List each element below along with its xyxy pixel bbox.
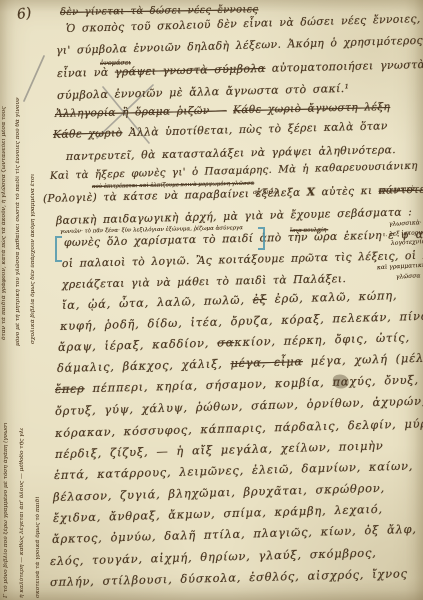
manuscript-line: ἄραψ, ἱέραξ, καδδίον, σακκίον, πέρκη, ὄφ… xyxy=(58,332,410,353)
text-segment: σπλήν, στίλβουσι, δύσκολα, ἐσθλός, αἰσχρ… xyxy=(50,566,408,589)
text-segment: ἔχιδνα, ἄνθραξ, ἄκμων, σπίμα, κράμβη, λε… xyxy=(53,502,383,525)
interline-insert: ὀνομάσει xyxy=(100,59,131,66)
struck-text: Κάθε χωριὸ xyxy=(53,126,123,141)
left-margin-note: ὅταν τὰ παιδιὰ γράφουν, κατὰ πὼς τὰ ἀκοῦ… xyxy=(1,95,8,340)
manuscript-line: κυφή, ῥοδῆ, δίδω, ἰτέα, ὄρυζα, κόραξ, πε… xyxy=(60,310,423,332)
manuscript-line: παντρευτεῖ, θὰ κατασταλάξει νὰ γράψει ἀλ… xyxy=(66,145,396,163)
manuscript-line: ὄρτυξ, γύψ, χάλυψ, ῥώθων, σάπων, ὀρνίθων… xyxy=(55,396,423,418)
manuscript-line: ἑπτά, κατάρρους, λειμῶνες, ἐλειῶ, δαμνίω… xyxy=(54,461,414,482)
text-segment: αὐτὲς κι xyxy=(315,185,379,199)
right-margin-note: γλῶσσα xyxy=(396,273,421,281)
text-segment: παντρευτεῖ, θὰ κατασταλάξει νὰ γράψει ἀλ… xyxy=(66,143,396,163)
text-segment: κόρακαν, κόσσυφος, κάππαρις, πάρδαλις, δ… xyxy=(55,416,423,440)
left-margin-note: σκοτεινὰ τὰ γροικᾶ ὅμως τὸ παιδὶ xyxy=(35,468,42,598)
text-segment: ἄραψ, ἱέραξ, καδδίον, xyxy=(58,336,218,354)
text-segment: ὄρτυξ, γύψ, χάλυψ, ῥώθων, σάπων, ὀρνίθων… xyxy=(55,394,423,418)
manuscript-line: δὲν γίνεται τὰ δώσει νέες ἔννοιες xyxy=(60,5,259,18)
text-segment: χύς, ὄνυξ, xyxy=(349,372,419,388)
text-segment: γι' σύμβολα ἐννοιῶν δηλαδὴ λέξεων. Ἀκόμη… xyxy=(56,32,423,57)
left-margin-note: Γ τὸ μόνο βιβλίο ποὺ ξέρω γραμμένο μὲ τό… xyxy=(3,423,10,598)
left-margin-note: ἡ καλύτερη — καθὼς λέγεται ἀπ' ὅλους — μ… xyxy=(19,428,26,598)
right-margin-note: λογοτεχνία xyxy=(391,239,423,248)
text-segment: κκίον, πέρκη, ὄφις, ὠτίς, xyxy=(234,330,410,349)
manuscript-line: οἱ παλαιοὶ τὸ λογιῶ. Ἂς κοιτάξουμε πρῶτα… xyxy=(62,250,423,270)
text-segment: χρειάζεται γιὰ νὰ μάθει τὸ παιδὶ τὰ Παλά… xyxy=(62,272,346,291)
struck-text: δὲν γίνεται τὰ δώσει νέες ἔννοιες xyxy=(60,4,259,18)
manuscript-line: ἔχιδνα, ἄνθραξ, ἄκμων, σπίμα, κράμβη, λε… xyxy=(53,504,383,525)
manuscript-line: χρειάζεται γιὰ νὰ μάθει τὸ παιδὶ τὰ Παλά… xyxy=(62,274,346,291)
text-segment: σύμβολα ἐννοιῶν μὲ ἄλλα ἄγνωστα στὸ σακί… xyxy=(57,82,350,102)
manuscript-line: γι' σύμβολα ἐννοιῶν δηλαδὴ λέξεων. Ἀκόμη… xyxy=(56,34,423,57)
struck-text: Κάθε χωριὸ ἄγνωστη λέξη xyxy=(233,101,390,116)
text-segment: αὐτοματοποιήσει γνωστὰ xyxy=(265,58,423,75)
manuscript-line: βέλασον, ζυγιά, βληχῶμαι, βρυχᾶται, σκρώ… xyxy=(53,483,385,504)
text-segment: βασικὴ παιδαγωγικὴ ἀρχή, μὰ γιὰ νὰ ἔχουμ… xyxy=(56,205,413,227)
text-segment: δάμαλις, βάκχος, χάλιξ, xyxy=(57,356,231,375)
manuscript-line: ἄρκτος, ὀμνύω, δαλῆ πτίλα, πλαγιῶς, κίων… xyxy=(52,524,417,546)
left-margin-note: σχολικὰ βιβλία ὅμως δὲν ὑπάρχουν ἀκόμη γ… xyxy=(30,174,37,344)
text-segment: βέλασον, ζυγιά, βληχῶμαι, βρυχᾶται, σκρώ… xyxy=(53,481,385,504)
manuscript-line: κόρακαν, κόσσυφος, κάππαρις, πάρδαλις, δ… xyxy=(55,418,423,440)
text-segment: ἑπτά, κατάρρους, λειμῶνες, ἐλειῶ, δαμνίω… xyxy=(54,459,414,482)
text-segment: ελός, τουγάν, αἰχμή, θηρίων, γλαύξ, σκόμ… xyxy=(50,545,377,568)
text-segment: πα xyxy=(332,374,349,388)
manuscript-line: δάμαλις, βάκχος, χάλιξ, μέγα, εἶμα μέγα,… xyxy=(57,352,423,374)
page-number: 6) xyxy=(16,5,32,23)
interline-insert: ἴσια πουλαίη· xyxy=(290,228,328,234)
text-segment: ἴα, ᾠά, ὦτα, λαλῶ, πωλῶ, xyxy=(62,292,253,312)
pencil-slash-mark xyxy=(24,56,44,101)
blue-open-bracket xyxy=(55,236,62,262)
manuscript-line: ελός, τουγάν, αἰχμή, θηρίων, γλαύξ, σκόμ… xyxy=(50,547,377,567)
manuscript-line: βασικὴ παιδαγωγικὴ ἀρχή, μὰ γιὰ νὰ ἔχουμ… xyxy=(56,207,412,226)
struck-text: ἐξ xyxy=(253,292,267,306)
struck-text: σα xyxy=(217,335,234,349)
manuscript-line: ἔπερ πέππερι, κηρία, σήσαμον, κομβία, πα… xyxy=(55,374,419,395)
manuscript-line: ἴα, ᾠά, ὦτα, λαλῶ, πωλῶ, ἐξ ἐρῶ, καλῶ, κ… xyxy=(62,290,398,311)
blue-close-bracket xyxy=(258,227,265,250)
struck-text: Ἀλληγορία ἢ ὅραμα ῥιζῶν — xyxy=(55,104,227,120)
manuscript-line: σπλήν, στίλβουσι, δύσκολα, ἐσθλός, αἰσχρ… xyxy=(50,568,408,588)
struck-text: ἔπερ xyxy=(55,381,85,396)
text-segment: ἐρῶ, καλῶ, κώπη, xyxy=(267,288,398,306)
text-segment: κυφή, ῥοδῆ, δίδω, ἰτέα, ὄρυζα, κόραξ, πε… xyxy=(60,308,423,333)
manuscript-page: 6) δὲν γίνεται τὰ δώσει νέες ἔννοιεςὉ σκ… xyxy=(0,0,423,600)
struck-text: γράψει γνωστὰ σύμβολα xyxy=(115,62,266,79)
text-segment: πέρδιξ, ζίζυξ, — ἡ αἴξ μεγάλα, χείλων, π… xyxy=(55,438,384,461)
struck-text: μέγα, εἶμα xyxy=(230,354,303,370)
manuscript-line: σύμβολα ἐννοιῶν μὲ ἄλλα ἄγνωστα στὸ σακί… xyxy=(57,83,350,101)
text-segment: εἶναι νὰ xyxy=(57,66,115,80)
right-margin-note: καὶ γραμματικὴ xyxy=(377,263,423,272)
text-segment: ἄρκτος, ὀμνύω, δαλῆ πτίλα, πλαγιῶς, κίων… xyxy=(52,522,417,546)
left-margin-note: μόνο μὲ τὴ μητρική του γλῶσσα μαθαίνει σ… xyxy=(15,96,22,346)
manuscript-line: Κάθε χωριὸ Ἀλλὰ ὑποτίθεται, πὼς τὸ ξέρει… xyxy=(53,121,388,141)
interline-insert: σχ' μιλῶ xyxy=(253,189,279,196)
manuscript-line: Ἀλληγορία ἢ ὅραμα ῥιζῶν — Κάθε χωριὸ ἄγν… xyxy=(55,102,390,120)
manuscript-line: πέρδιξ, ζίζυξ, — ἡ αἴξ μεγάλα, χείλων, π… xyxy=(55,440,384,460)
text-segment: Ἀλλὰ ὑποτίθεται, πὼς τὸ ξέρει καλὰ ὅταν xyxy=(122,119,388,139)
text-segment: πέππερι, κηρία, σήσαμον, κομβία, xyxy=(84,375,332,395)
text-segment: οἱ παλαιοὶ τὸ λογιῶ. Ἂς κοιτάξουμε πρῶτα… xyxy=(62,248,423,270)
manuscript-line: Καὶ τὰ ἤξερε φωνὲς γι' ὁ Πασαμάρης. Μὰ ἡ… xyxy=(50,162,418,182)
text-segment: Καὶ τὰ ἤξερε φωνὲς γι' ὁ Πασαμάρης. Μὰ ἡ… xyxy=(50,161,418,182)
text-segment: μέγα, χωλή (μέλα), xyxy=(303,350,423,368)
